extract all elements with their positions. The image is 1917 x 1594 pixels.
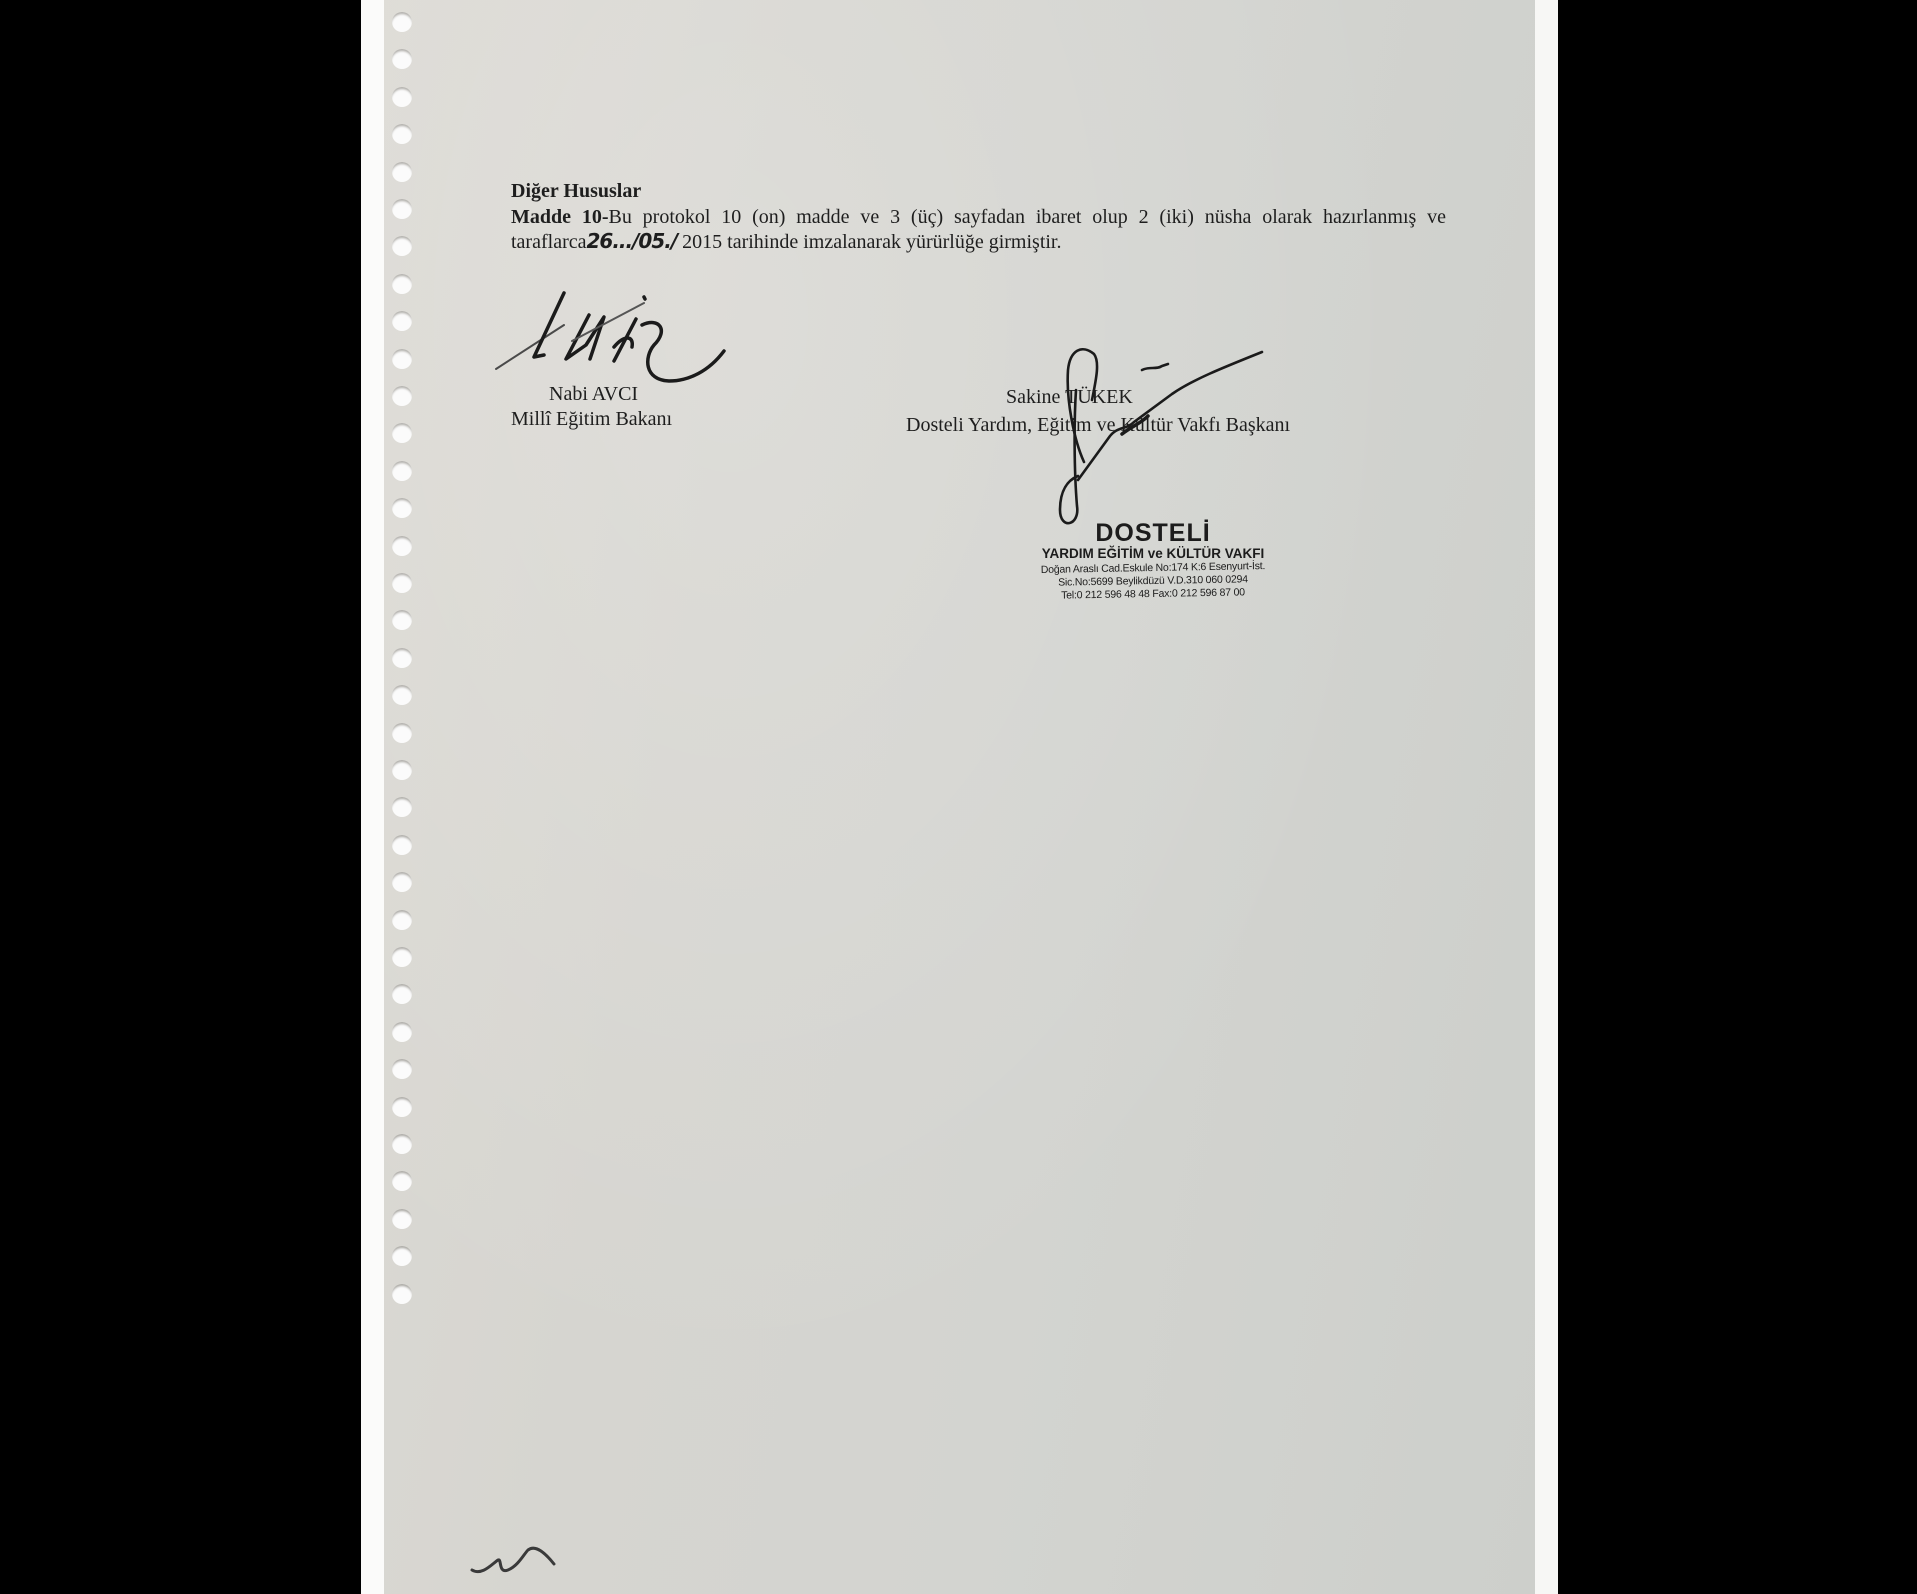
binding-hole bbox=[392, 311, 412, 331]
binding-hole bbox=[392, 1171, 412, 1191]
binding-hole bbox=[392, 910, 412, 930]
binding-hole bbox=[392, 573, 412, 593]
section-heading: Diğer Hususlar bbox=[511, 180, 641, 203]
binding-hole bbox=[392, 835, 412, 855]
binding-hole bbox=[392, 498, 412, 518]
binding-hole bbox=[392, 1209, 412, 1229]
binding-hole bbox=[392, 685, 412, 705]
binding-hole bbox=[392, 1134, 412, 1154]
article-paragraph: Madde 10-Bu protokol 10 (on) madde ve 3 … bbox=[511, 205, 1446, 254]
binding-hole bbox=[392, 984, 412, 1004]
signatory-title-left: Millî Eğitim Bakanı bbox=[511, 408, 672, 431]
article-text-2: 2015 tarihinde imzalanarak yürürlüğe gir… bbox=[677, 231, 1061, 253]
stamp-org-name: DOSTELİ bbox=[1018, 520, 1288, 546]
handwritten-date: 26.../05./ bbox=[586, 229, 677, 253]
binding-hole bbox=[392, 648, 412, 668]
foundation-stamp: DOSTELİ YARDIM EĞİTİM ve KÜLTÜR VAKFI Do… bbox=[1018, 520, 1288, 601]
binding-hole bbox=[392, 274, 412, 294]
document-page: Diğer Hususlar Madde 10-Bu protokol 10 (… bbox=[384, 0, 1535, 1594]
binding-hole bbox=[392, 1097, 412, 1117]
signatory-name-left: Nabi AVCI bbox=[549, 383, 638, 406]
binding-hole bbox=[392, 536, 412, 556]
binding-hole bbox=[392, 1246, 412, 1266]
binding-hole bbox=[392, 199, 412, 219]
paper-right-edge bbox=[1534, 0, 1558, 1594]
signatory-name-right: Sakine TÜKEK bbox=[1006, 386, 1133, 409]
binding-hole bbox=[392, 124, 412, 144]
paper-left-edge bbox=[361, 0, 385, 1594]
binding-hole bbox=[392, 461, 412, 481]
signatory-title-right: Dosteli Yardım, Eğitim ve Kültür Vakfı B… bbox=[906, 414, 1290, 437]
binding-hole bbox=[392, 423, 412, 443]
article-label: Madde 10- bbox=[511, 206, 609, 228]
binding-hole bbox=[392, 386, 412, 406]
binding-hole bbox=[392, 610, 412, 630]
binding-hole bbox=[392, 723, 412, 743]
binding-hole bbox=[392, 87, 412, 107]
binding-holes bbox=[392, 0, 416, 1594]
binding-hole bbox=[392, 1284, 412, 1304]
binding-hole bbox=[392, 1059, 412, 1079]
binding-hole bbox=[392, 947, 412, 967]
binding-hole bbox=[392, 49, 412, 69]
binding-hole bbox=[392, 12, 412, 32]
binding-hole bbox=[392, 1022, 412, 1042]
binding-hole bbox=[392, 797, 412, 817]
binding-hole bbox=[392, 760, 412, 780]
pencil-mark-icon bbox=[468, 1540, 568, 1580]
binding-hole bbox=[392, 872, 412, 892]
binding-hole bbox=[392, 349, 412, 369]
binding-hole bbox=[392, 162, 412, 182]
binding-hole bbox=[392, 236, 412, 256]
